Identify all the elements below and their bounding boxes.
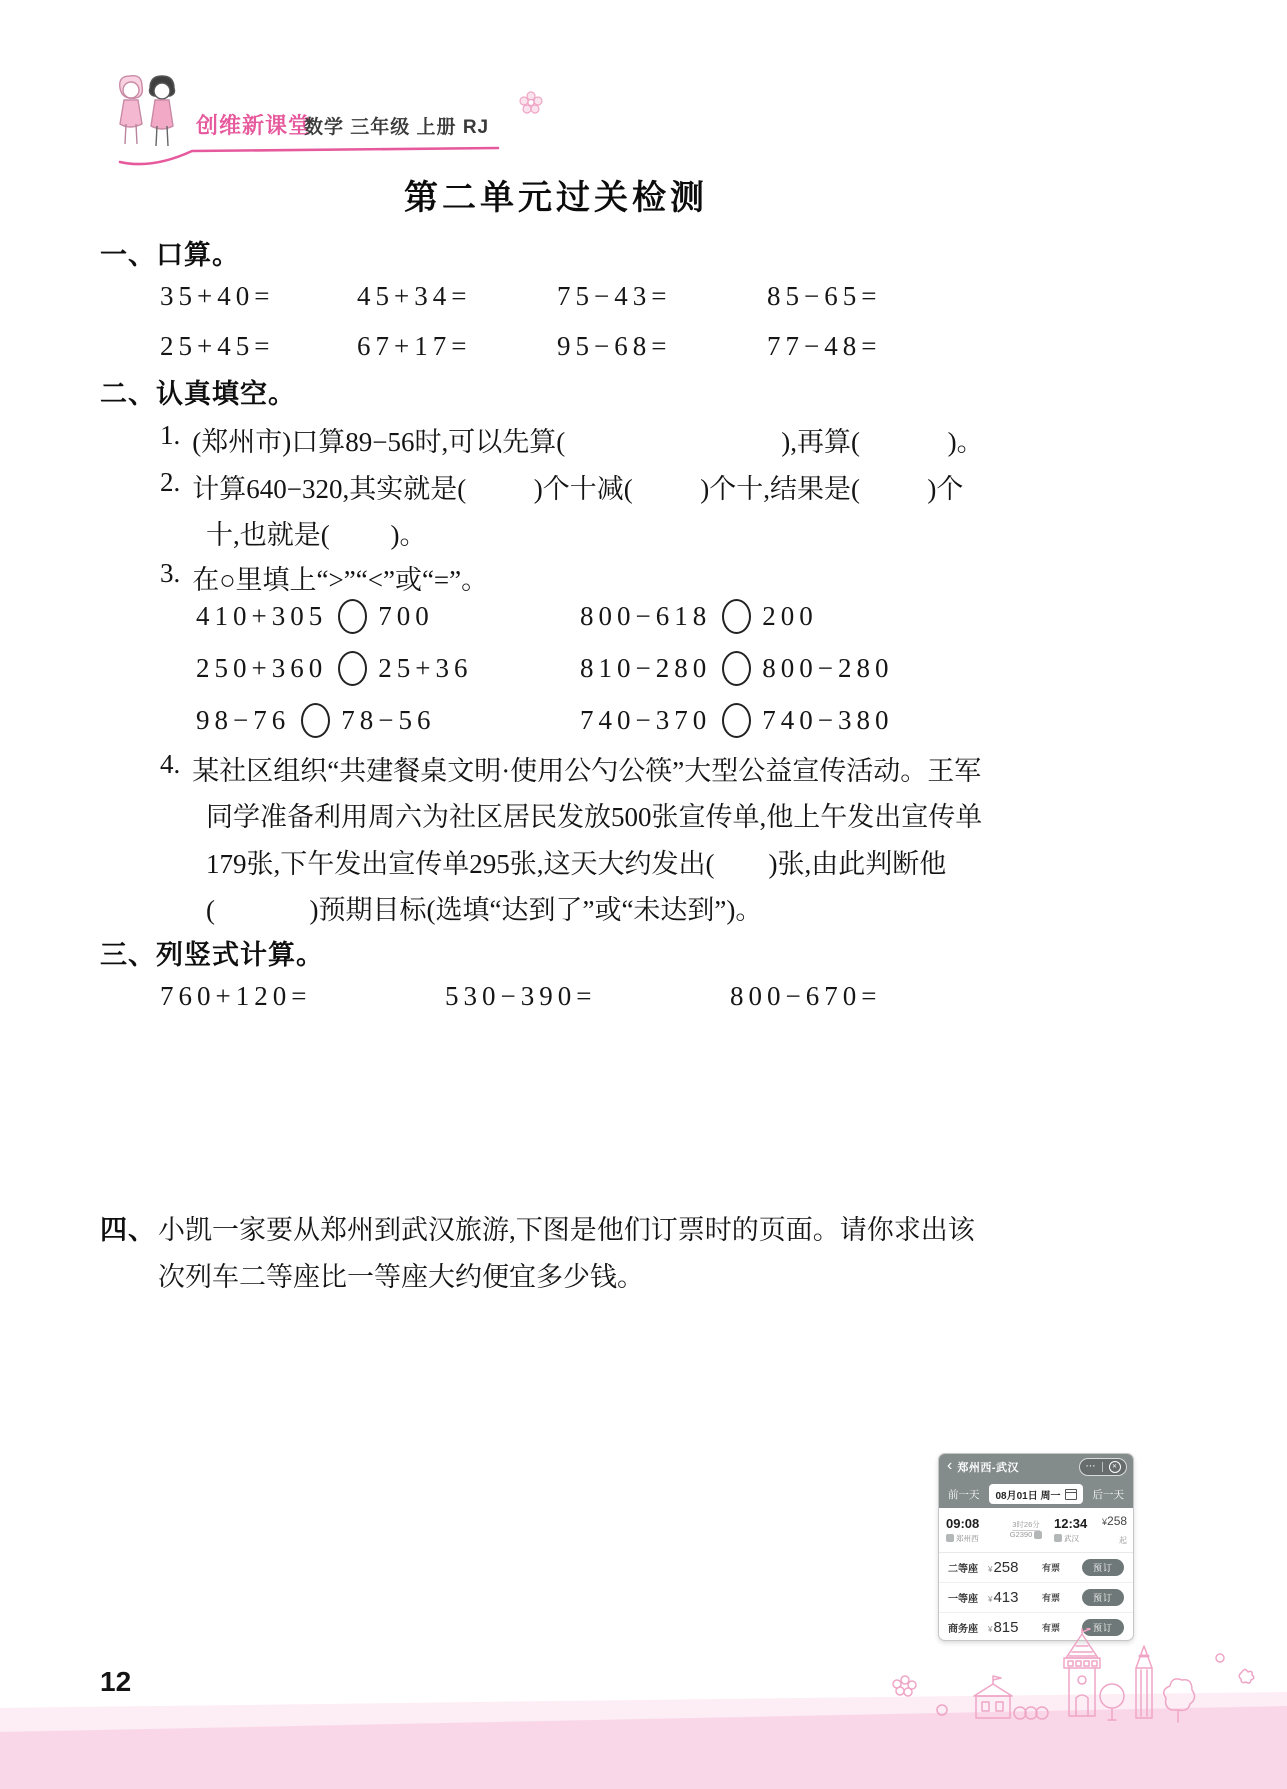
word-problem-item-4-line2: 同学准备利用周六为社区居民发放500张宣传单,他上午发出宣传单	[206, 795, 982, 834]
arrive-station: 武汉	[1064, 1533, 1079, 1544]
item-text: 在○里填上“>”“<”或“=”。	[192, 558, 488, 597]
comparison-item: 740−370 740−380	[580, 703, 893, 738]
tree-doodle	[1100, 1684, 1124, 1720]
brand-logo-text: 创维新课堂	[196, 109, 311, 140]
duration-label: 3时26分	[1012, 1520, 1040, 1531]
close-icon[interactable]: ✕	[1109, 1461, 1121, 1473]
fill-blank-item-2: 2. 计算640−320,其实就是( )个十减( )个十,结果是( )个	[160, 467, 963, 506]
compare-left-expression: 98−76	[196, 705, 290, 736]
station-badge-icon	[946, 1534, 954, 1542]
flower-doodle-top	[518, 90, 544, 116]
compare-circle	[722, 703, 751, 738]
date-label: 08月01日 周一	[995, 1487, 1060, 1502]
miniapp-capsule: ⋯ ✕	[1079, 1458, 1127, 1476]
seat-price: ¥ 413	[988, 1589, 1040, 1606]
station-badge-icon	[1054, 1534, 1062, 1542]
capsule-divider	[1102, 1462, 1103, 1472]
oral-problem: 35+40=	[160, 281, 357, 312]
oral-problem: 75−43=	[557, 281, 767, 312]
compare-right-expression: 740−380	[762, 705, 893, 736]
item-number: 3.	[160, 558, 180, 597]
seat-class-label: 一等座	[948, 1590, 988, 1605]
pencil-doodle	[1136, 1646, 1152, 1718]
depart-block: 09:08 郑州西	[946, 1516, 998, 1544]
calc-problem: 760+120=	[160, 981, 445, 1012]
workbook-page: 创维新课堂 数学 三年级 上册 RJ 第二单元过关检测 一、口算。 35+40=…	[0, 0, 1287, 1789]
item-text: 计算640−320,其实就是( )个十减( )个十,结果是( )个	[192, 467, 963, 506]
vertical-calculation-grid: 760+120= 530−390= 800−670=	[160, 981, 881, 1012]
header-underline	[108, 136, 508, 168]
blossom-doodle	[1239, 1670, 1254, 1684]
train-no-row: G2390	[998, 1530, 1054, 1541]
currency-symbol: ¥	[988, 1595, 992, 1604]
oral-problems-grid: 35+40= 45+34= 75−43= 85−65= 25+45= 67+17…	[160, 281, 881, 362]
compare-left-expression: 410+305	[196, 601, 327, 632]
section-one-heading: 一、口算。	[100, 233, 240, 272]
oral-problem: 85−65=	[767, 281, 881, 312]
comparison-item: 250+360 25+36	[196, 651, 580, 686]
ticket-app-header: ‹ 郑州西-武汉 ⋯ ✕ 前一天 08月01日 周一 后一天	[939, 1454, 1133, 1508]
item-number: 2.	[160, 467, 180, 506]
page-title: 第二单元过关检测	[100, 170, 1012, 219]
seat-price: ¥ 258	[988, 1559, 1040, 1576]
compare-left-expression: 800−618	[580, 601, 711, 632]
section-four-heading-line: 四、 小凯一家要从郑州到武汉旅游,下图是他们订票时的页面。请你求出该	[100, 1208, 975, 1247]
castle-doodle	[1064, 1628, 1100, 1716]
prev-day-button[interactable]: 前一天	[948, 1487, 980, 1502]
house-doodle	[974, 1676, 1012, 1718]
calendar-icon	[1065, 1489, 1077, 1500]
date-bar: 前一天 08月01日 周一 后一天	[939, 1480, 1133, 1508]
fill-blank-item-2-cont: 十,也就是( )。	[206, 513, 426, 552]
compare-circle	[338, 651, 367, 686]
flower-doodle	[893, 1676, 916, 1696]
book-button[interactable]: 预订	[1082, 1589, 1124, 1606]
route-title: 郑州西-武汉	[957, 1459, 1019, 1475]
train-badge-icon	[1034, 1531, 1042, 1539]
tree-doodle	[1164, 1679, 1195, 1722]
fill-blank-item-3: 3. 在○里填上“>”“<”或“=”。	[160, 558, 488, 597]
item-number: 1.	[160, 420, 180, 459]
word-problem-item-4-line4: ( )预期目标(选填“达到了”或“未达到”)。	[206, 888, 762, 927]
seat-row: 二等座 ¥ 258 有票 预订	[939, 1553, 1133, 1582]
compare-left-expression: 810−280	[580, 653, 711, 684]
section-two-heading: 二、认真填空。	[100, 372, 296, 411]
section-three-heading: 三、列竖式计算。	[100, 933, 324, 972]
item-text: 179张,下午发出宣传单295张,这天大约发出( )张,由此判断他	[206, 842, 946, 881]
ticket-status: 有票	[1042, 1591, 1060, 1604]
compare-circle	[722, 599, 751, 634]
menu-dots-icon[interactable]: ⋯	[1086, 1462, 1097, 1472]
arrive-station-row: 武汉	[1054, 1533, 1102, 1544]
compare-right-expression: 25+36	[378, 653, 472, 684]
compare-left-expression: 740−370	[580, 705, 711, 736]
oral-problem: 67+17=	[357, 331, 557, 362]
oral-problem: 95−68=	[557, 331, 767, 362]
compare-circle	[722, 651, 751, 686]
duration-block: 3时26分 G2390	[998, 1520, 1054, 1541]
compare-right-expression: 78−56	[341, 705, 435, 736]
arrive-block: 12:34 武汉	[1054, 1516, 1102, 1544]
book-button[interactable]: 预订	[1082, 1559, 1124, 1576]
compare-right-expression: 700	[378, 601, 434, 632]
ticket-nav-bar: ‹ 郑州西-武汉 ⋯ ✕	[939, 1454, 1133, 1480]
comparison-item: 98−76 78−56	[196, 703, 580, 738]
item-text: ( )预期目标(选填“达到了”或“未达到”)。	[206, 888, 762, 927]
train-number: G2390	[1010, 1530, 1033, 1541]
currency-symbol: ¥	[988, 1565, 992, 1574]
section-four-line2: 次列车二等座比一等座大约便宜多少钱。	[158, 1255, 644, 1294]
oral-problem: 45+34=	[357, 281, 557, 312]
calc-problem: 530−390=	[445, 981, 730, 1012]
ticket-app-card: ‹ 郑州西-武汉 ⋯ ✕ 前一天 08月01日 周一 后一天 09:08	[938, 1453, 1134, 1641]
compare-left-expression: 250+360	[196, 653, 327, 684]
item-text: 十,也就是( )。	[206, 513, 426, 552]
arrive-time: 12:34	[1054, 1516, 1102, 1532]
compare-circle	[301, 703, 330, 738]
page-number: 12	[100, 1666, 131, 1698]
price-amount: 413	[993, 1589, 1018, 1606]
fill-blank-item-1: 1. (郑州市)口算89−56时,可以先算( ),再算( )。	[160, 420, 984, 459]
depart-time: 09:08	[946, 1516, 998, 1532]
price-from-block: ¥258起	[1102, 1512, 1127, 1548]
compare-circle	[338, 599, 367, 634]
ticket-status: 有票	[1042, 1561, 1060, 1574]
item-text: 某社区组织“共建餐桌文明·使用公勺公筷”大型公益宣传活动。王军	[192, 749, 981, 788]
depart-station: 郑州西	[956, 1533, 979, 1544]
word-problem-item-4: 4. 某社区组织“共建餐桌文明·使用公勺公筷”大型公益宣传活动。王军	[160, 749, 981, 788]
compare-right-expression: 200	[762, 601, 818, 632]
comparison-item: 800−618 200	[580, 599, 893, 634]
comparison-grid: 410+305 700 800−618 200 250+360 25+36 81…	[196, 599, 893, 738]
bud-doodle	[937, 1705, 947, 1715]
seat-row: 一等座 ¥ 413 有票 预订	[939, 1582, 1133, 1612]
train-info-row[interactable]: 09:08 郑州西 3时26分 G2390 12:34 武汉	[939, 1508, 1133, 1553]
back-icon[interactable]: ‹	[947, 1458, 952, 1474]
oral-problem: 77−48=	[767, 331, 881, 362]
item-text: (郑州市)口算89−56时,可以先算( ),再算( )。	[192, 420, 983, 459]
comparison-item: 410+305 700	[196, 599, 580, 634]
section-four-number: 四、	[100, 1208, 156, 1247]
word-problem-item-4-line3: 179张,下午发出宣传单295张,这天大约发出( )张,由此判断他	[206, 842, 946, 881]
compare-right-expression: 800−280	[762, 653, 893, 684]
depart-station-row: 郑州西	[946, 1533, 998, 1544]
next-day-button[interactable]: 后一天	[1093, 1487, 1125, 1502]
calc-problem: 800−670=	[730, 981, 881, 1012]
blossom-doodle	[1216, 1654, 1224, 1662]
item-number: 4.	[160, 749, 180, 788]
seat-class-label: 二等座	[948, 1560, 988, 1575]
price-amount: 258	[993, 1559, 1018, 1576]
oral-problem: 25+45=	[160, 331, 357, 362]
date-selector[interactable]: 08月01日 周一	[989, 1484, 1082, 1504]
item-text: 同学准备利用周六为社区居民发放500张宣传单,他上午发出宣传单	[206, 795, 982, 834]
section-four-text: 次列车二等座比一等座大约便宜多少钱。	[158, 1255, 644, 1294]
header-subject: 数学 三年级 上册 RJ	[304, 112, 489, 139]
price-from-suffix: 起	[1119, 1536, 1127, 1545]
comparison-item: 810−280 800−280	[580, 651, 893, 686]
section-four-text: 小凯一家要从郑州到武汉旅游,下图是他们订票时的页面。请你求出该	[158, 1208, 975, 1247]
price-from-value: 258	[1107, 1514, 1127, 1528]
bottom-doodles	[880, 1628, 1287, 1728]
